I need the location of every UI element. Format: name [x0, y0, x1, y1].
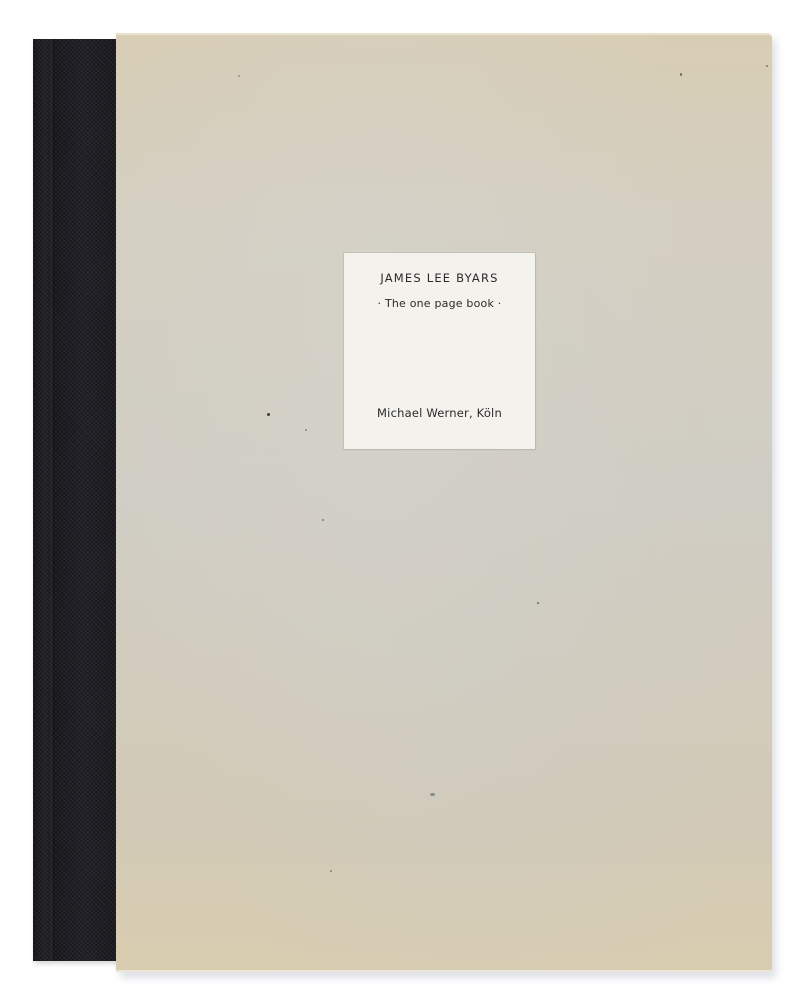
paper-speck [305, 429, 307, 431]
label-author: JAMES LEE BYARS [344, 271, 535, 285]
paper-speck [430, 793, 435, 796]
paper-speck [322, 519, 324, 521]
photo-stage: JAMES LEE BYARS · The one page book · Mi… [0, 0, 806, 999]
book-spine [33, 39, 119, 961]
label-publisher: Michael Werner, Köln [344, 406, 535, 420]
book-cover: JAMES LEE BYARS · The one page book · Mi… [116, 33, 772, 972]
paper-speck [267, 413, 270, 416]
label-title: · The one page book · [344, 297, 535, 310]
paper-speck [330, 870, 332, 872]
paper-speck [537, 602, 539, 604]
cover-label: JAMES LEE BYARS · The one page book · Mi… [344, 253, 535, 449]
spine-hinge [50, 39, 53, 961]
paper-speck [238, 75, 240, 77]
paper-speck [766, 65, 768, 67]
paper-speck [680, 73, 682, 76]
